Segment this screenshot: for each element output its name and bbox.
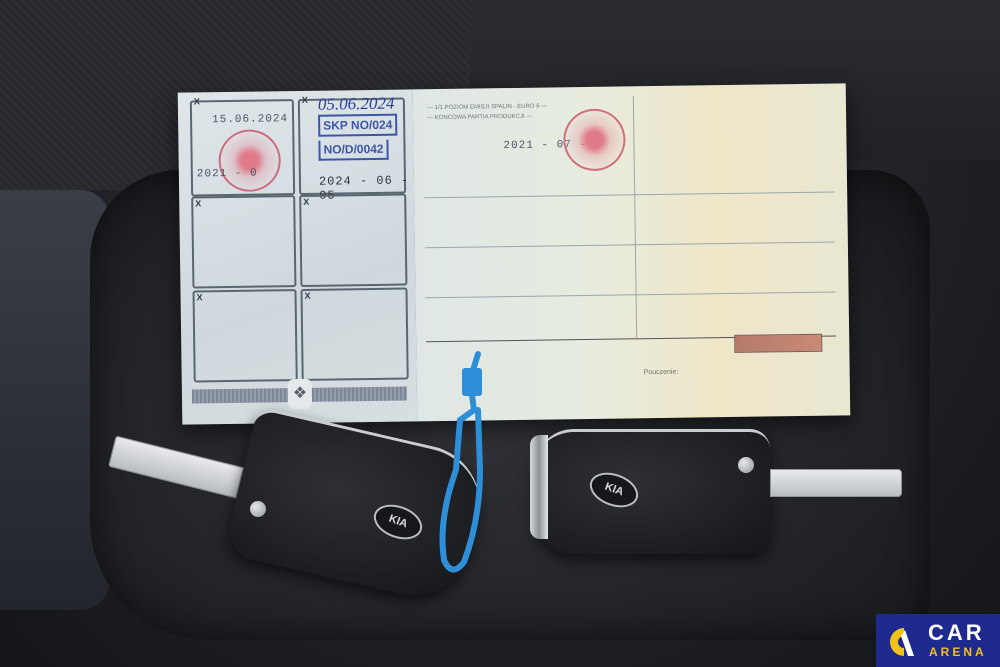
registration-document: X 15.06.2024 2021 - 0 X 05.06.2024 SKP N… <box>178 83 851 424</box>
emission-line: --- 1/1 POZIOM EMISJI SPALIN - EURO 6 --… <box>427 104 547 112</box>
inspection-box-4 <box>299 194 407 287</box>
divider <box>426 292 836 299</box>
photo-scene: X 15.06.2024 2021 - 0 X 05.06.2024 SKP N… <box>0 0 1000 667</box>
field-mark: X <box>302 95 308 105</box>
document-left-page: X 15.06.2024 2021 - 0 X 05.06.2024 SKP N… <box>178 89 419 424</box>
stamp-date-1: 15.06.2024 <box>212 113 288 126</box>
key-blade <box>770 469 902 497</box>
divider <box>633 96 637 338</box>
car-key-2: KIA <box>530 425 910 555</box>
key-release-button <box>250 501 266 517</box>
stamp-date-partial: 2021 - 0 <box>197 168 258 181</box>
key-chrome-trim <box>530 435 548 539</box>
field-mark: X <box>197 292 203 302</box>
brand-name-line-2: ARENA <box>929 645 987 659</box>
key-blade <box>108 435 244 498</box>
field-mark: X <box>194 96 200 106</box>
production-line: --- KONCOWA PARTIA PRODUKCJI --- <box>427 114 532 121</box>
handwritten-date: 05.06.2024 <box>318 94 395 115</box>
station-code-stamp: NO/D/0042 <box>318 140 388 161</box>
inspection-box-5 <box>192 289 297 382</box>
blue-zip-tie <box>430 350 490 580</box>
skp-code-stamp: SKP NO/024 <box>318 114 397 137</box>
key-fob <box>534 429 770 554</box>
inspection-box-3 <box>191 195 296 288</box>
inspection-box-6 <box>300 287 408 380</box>
car-arena-logo-icon <box>886 626 916 658</box>
car-arena-watermark: CAR ARENA <box>876 614 1000 667</box>
serial-label <box>734 334 822 353</box>
field-mark: X <box>303 197 309 207</box>
field-mark: X <box>195 198 201 208</box>
red-seal-stamp <box>563 108 626 171</box>
field-mark: X <box>304 291 310 301</box>
polish-eagle-emblem: ❖ <box>288 379 312 409</box>
divider <box>424 192 834 199</box>
divider <box>425 242 835 249</box>
key-release-button <box>738 457 754 473</box>
brand-name-line-1: CAR <box>928 620 985 646</box>
